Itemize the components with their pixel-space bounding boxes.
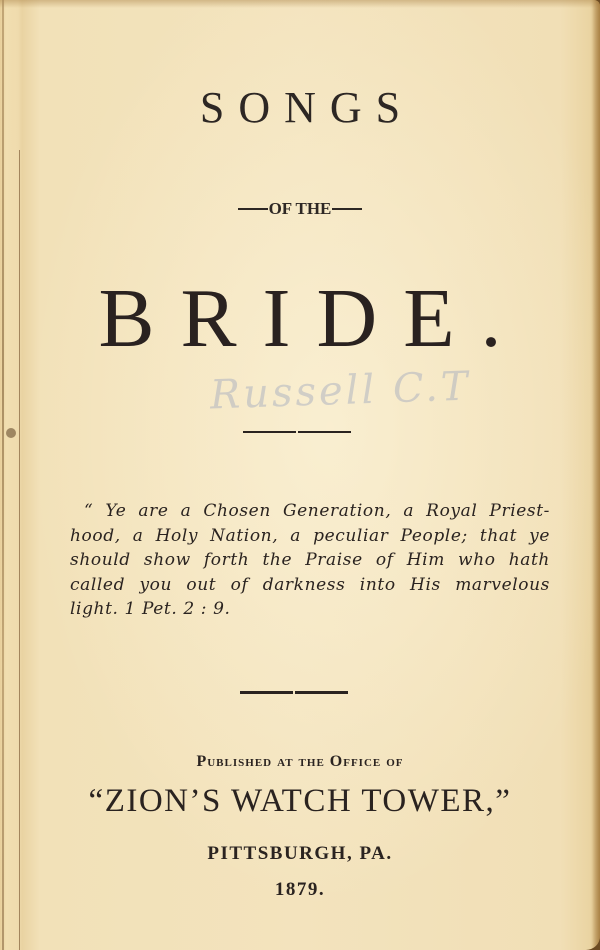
title-bride: BRIDE. xyxy=(0,277,600,361)
binding-tear-mark xyxy=(6,428,16,438)
divider-rule-lower-left xyxy=(240,691,293,694)
top-page-edge xyxy=(0,0,600,8)
publisher-city: PITTSBURGH, PA. xyxy=(0,843,600,865)
epigraph-line: “ Ye are a Chosen Generation, a Royal Pr… xyxy=(70,499,550,524)
title-songs: SONGS xyxy=(0,82,600,133)
divider-rule-upper-right xyxy=(298,431,351,433)
title-page: SONGS OF THE BRIDE. Russell C.T “ Ye are… xyxy=(0,0,600,950)
epigraph-quote: “ Ye are a Chosen Generation, a Royal Pr… xyxy=(70,499,550,622)
connector-text: OF THE xyxy=(269,199,332,218)
binding-gutter-line xyxy=(19,150,20,950)
publisher-name: “ZION’S WATCH TOWER,” xyxy=(0,783,600,820)
connector-dash-right xyxy=(332,208,362,210)
divider-rule-upper-left xyxy=(243,431,296,433)
title-connector: OF THE xyxy=(0,199,600,219)
epigraph-citation-line: light. 1 Pet. 2 : 9. xyxy=(70,597,550,622)
divider-rule-lower-right xyxy=(295,691,348,694)
published-at-line: Published at the Office of xyxy=(0,753,600,771)
epigraph-line: hood, a Holy Nation, a peculiar People; … xyxy=(70,524,550,549)
handwritten-pencil-annotation: Russell C.T xyxy=(209,363,471,418)
epigraph-line: should show forth the Praise of Him who … xyxy=(70,548,550,573)
connector-dash-left xyxy=(238,208,268,210)
epigraph-line: called you out of darkness into His marv… xyxy=(70,573,550,598)
publication-year: 1879. xyxy=(0,879,600,901)
